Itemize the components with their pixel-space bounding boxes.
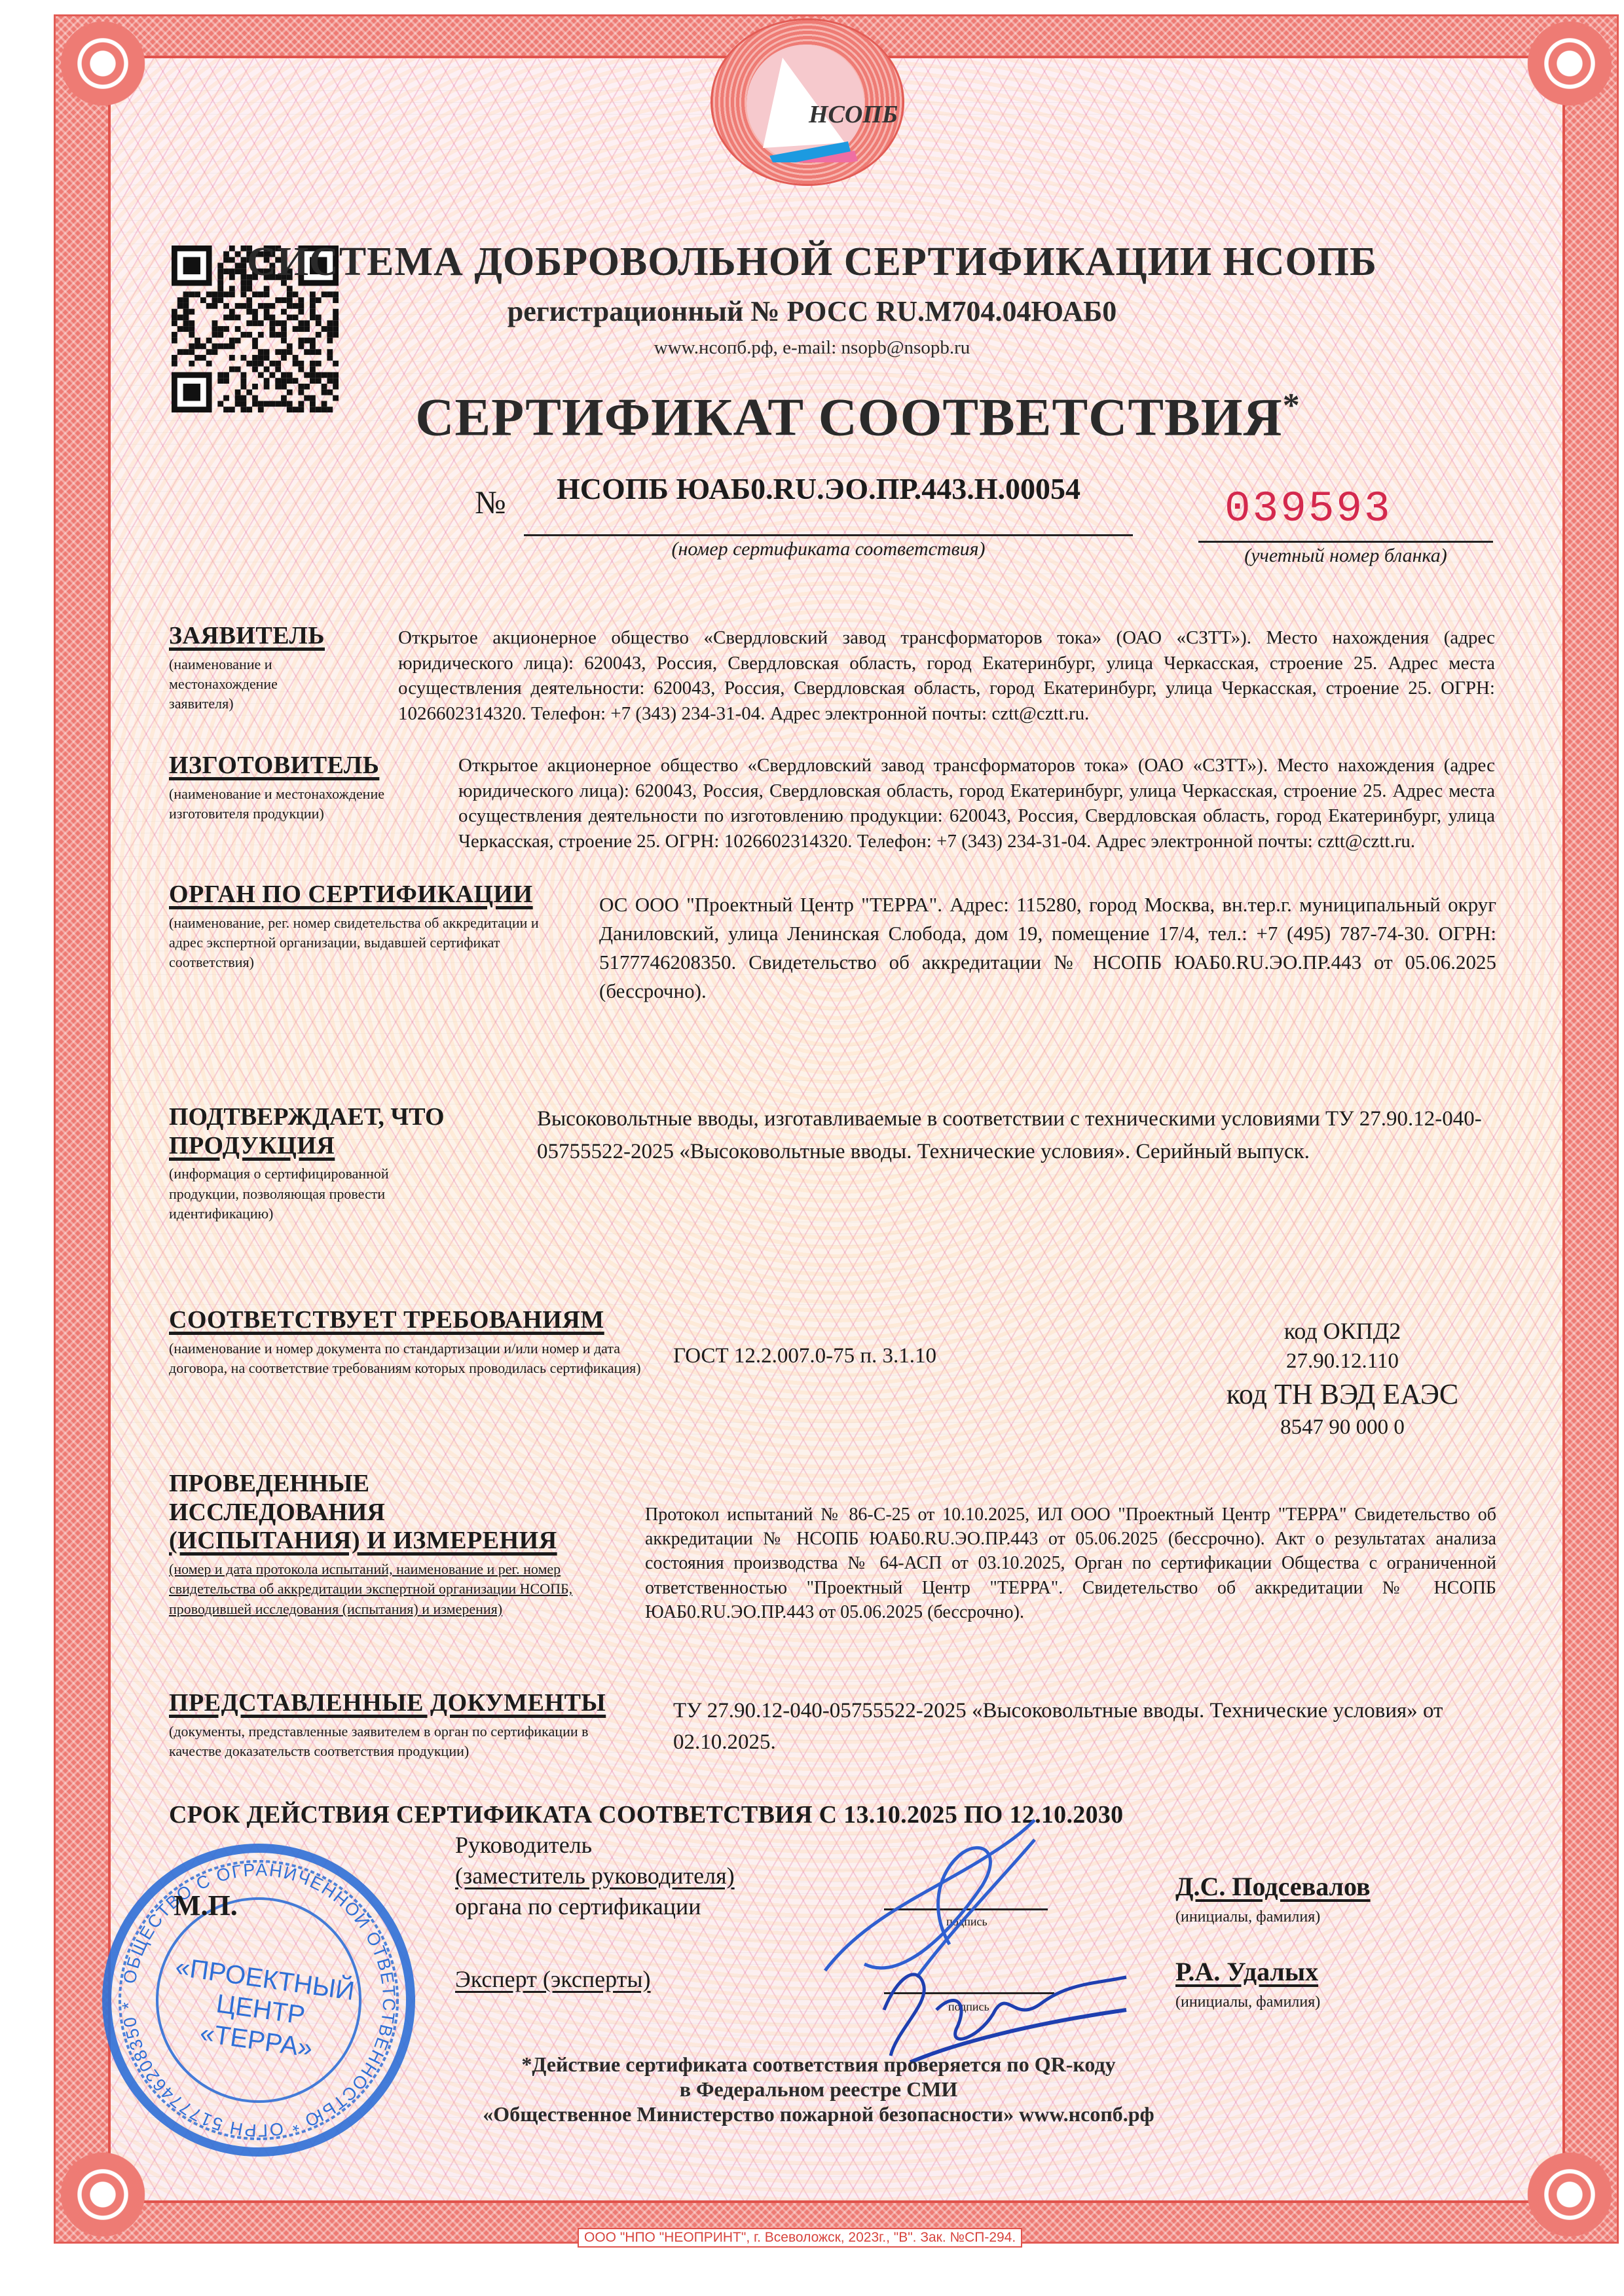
tests-text: Протокол испытаний № 86-С-25 от 10.10.20… — [645, 1503, 1496, 1624]
tests-label: ПРОВЕДЕННЫЕ ИССЛЕДОВАНИЯ (ИСПЫТАНИЯ) И И… — [169, 1470, 601, 1619]
requirements-text: ГОСТ 12.2.007.0-75 п. 3.1.10 — [673, 1342, 1132, 1371]
divider — [1198, 541, 1493, 543]
expert-name-caption: (инициалы, фамилия) — [1175, 1994, 1320, 2011]
corner-ornament-icon — [54, 14, 152, 113]
document-title: СЕРТИФИКАТ СООТВЕТСТВИЯ* — [367, 386, 1349, 448]
product-text: Высоковольтные вводы, изготавливаемые в … — [537, 1103, 1486, 1168]
tnved-code: 8547 90 000 0 — [1179, 1413, 1506, 1442]
head-name: Д.С. Подсевалов — [1175, 1871, 1371, 1902]
blank-number: 039593 — [1225, 484, 1392, 534]
handwritten-signature-icon — [786, 1813, 1153, 2088]
tnved-label: код ТН ВЭД ЕАЭС — [1179, 1376, 1506, 1413]
number-sign: № — [475, 483, 506, 521]
product-label: ПОДТВЕРЖДАЕТ, ЧТО ПРОДУКЦИЯ (информация … — [169, 1103, 483, 1224]
requirements-label: СООТВЕТСТВУЕТ ТРЕБОВАНИЯМ (наименование … — [169, 1306, 654, 1378]
manufacturer-label: ИЗГОТОВИТЕЛЬ (наименование и местонахожд… — [169, 752, 444, 824]
product-codes: код ОКПД2 27.90.12.110 код ТН ВЭД ЕАЭС 8… — [1179, 1316, 1506, 1442]
seal-label: М.П. — [174, 1889, 238, 1922]
head-name-caption: (инициалы, фамилия) — [1175, 1908, 1320, 1926]
okpd2-label: код ОКПД2 — [1179, 1316, 1506, 1347]
system-title: СИСТЕМА ДОБРОВОЛЬНОЙ СЕРТИФИКАЦИИ НСОПБ — [0, 239, 1624, 285]
head-title: Руководитель (заместитель руководителя) … — [455, 1830, 735, 1922]
blank-number-caption: (учетный номер бланка) — [1198, 545, 1493, 567]
corner-ornament-icon — [1521, 2145, 1619, 2244]
certification-body-label: ОРГАН ПО СЕРТИФИКАЦИИ (наименование, рег… — [169, 881, 575, 973]
logo-text: НСОПБ — [809, 100, 898, 129]
documents-label: ПРЕДСТАВЛЕННЫЕ ДОКУМЕНТЫ (документы, пре… — [169, 1689, 654, 1761]
applicant-text: Открытое акционерное общество «Свердловс… — [398, 625, 1495, 726]
organization-stamp: ОБЩЕСТВО С ОГРАНИЧЕННОЙ ОТВЕТСТВЕННОСТЬЮ… — [98, 1840, 419, 2160]
expert-title: Эксперт (эксперты) — [455, 1964, 651, 1995]
certificate-number-caption: (номер сертификата соответствия) — [524, 538, 1133, 560]
registration-number: регистрационный № РОСС RU.М704.04ЮАБ0 — [0, 295, 1624, 328]
certification-body-text: ОС ООО "Проектный Центр "ТЕРРА". Адрес: … — [599, 890, 1496, 1006]
okpd2-code: 27.90.12.110 — [1179, 1347, 1506, 1376]
certificate-number: НСОПБ ЮАБ0.RU.ЭО.ПР.443.Н.00054 — [557, 471, 1080, 506]
applicant-label: ЗАЯВИТЕЛЬ (наименование и местонахождени… — [169, 622, 398, 714]
divider — [524, 534, 1133, 536]
nsopb-emblem: НСОПБ — [710, 18, 900, 182]
contact-info: www.нсопб.рф, e-mail: nsopb@nsopb.ru — [0, 337, 1624, 359]
printer-imprint: ООО "НПО "НЕОПРИНТ", г. Всеволожск, 2023… — [578, 2228, 1022, 2248]
documents-text: ТУ 27.90.12-040-05755522-2025 «Высоковол… — [673, 1696, 1498, 1758]
corner-ornament-icon — [1521, 14, 1619, 113]
expert-name: Р.А. Удалых — [1175, 1956, 1318, 1987]
verification-footnote: *Действие сертификата соответствия прове… — [393, 2052, 1244, 2126]
manufacturer-text: Открытое акционерное общество «Свердловс… — [458, 753, 1495, 854]
